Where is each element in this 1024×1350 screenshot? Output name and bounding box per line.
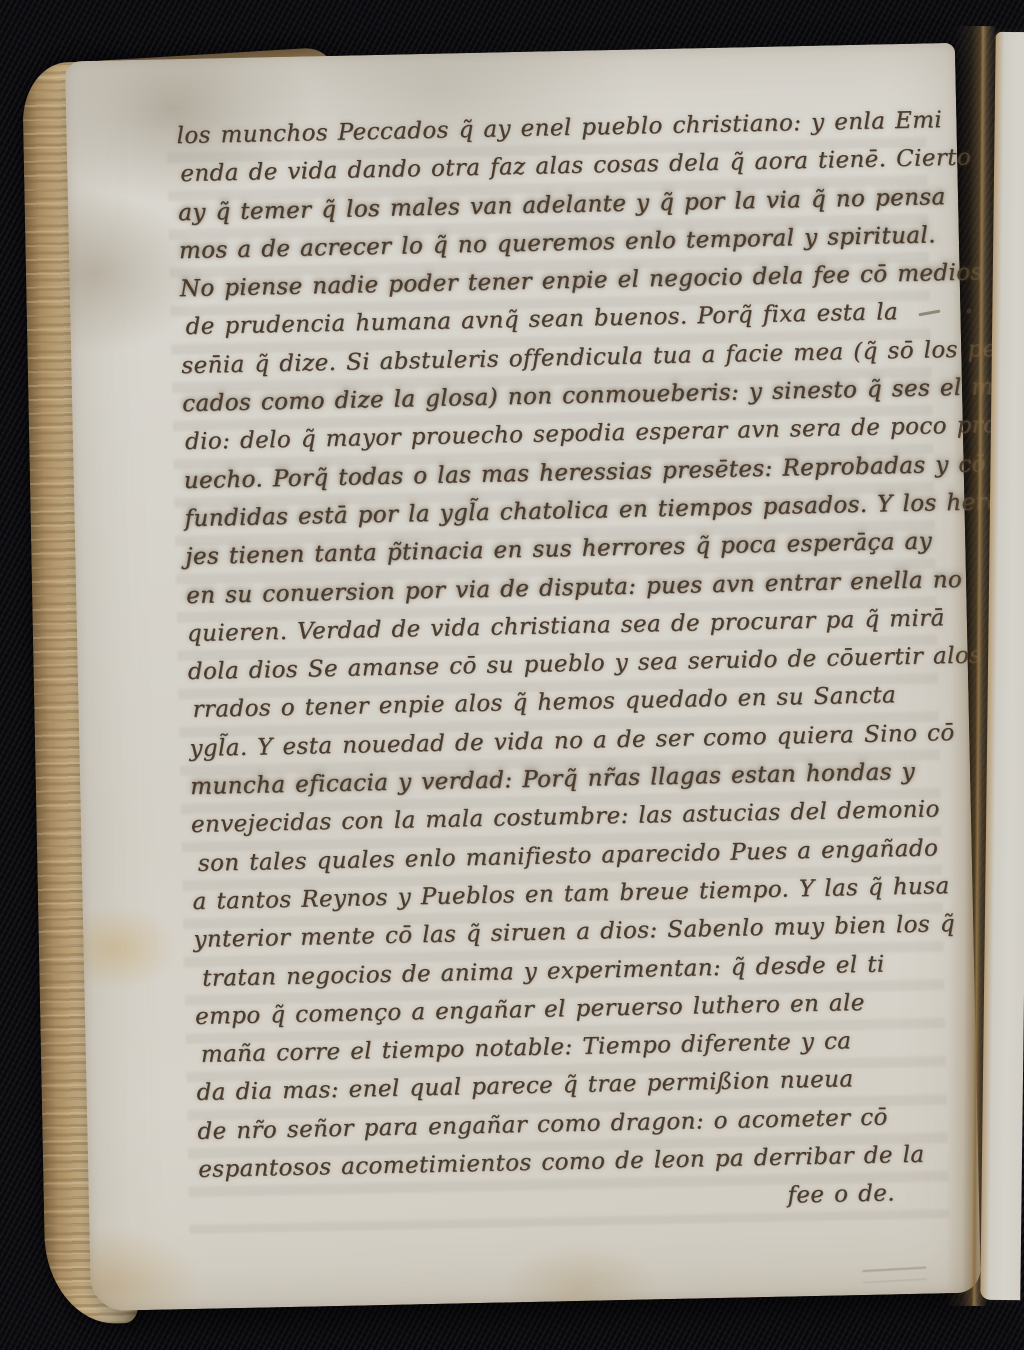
manuscript-page: los munchos Peccados q̃ ay enel pueblo c… bbox=[65, 43, 981, 1311]
pencil-scribble bbox=[862, 1267, 927, 1284]
manuscript-text: los munchos Peccados q̃ ay enel pueblo c… bbox=[176, 101, 959, 1227]
